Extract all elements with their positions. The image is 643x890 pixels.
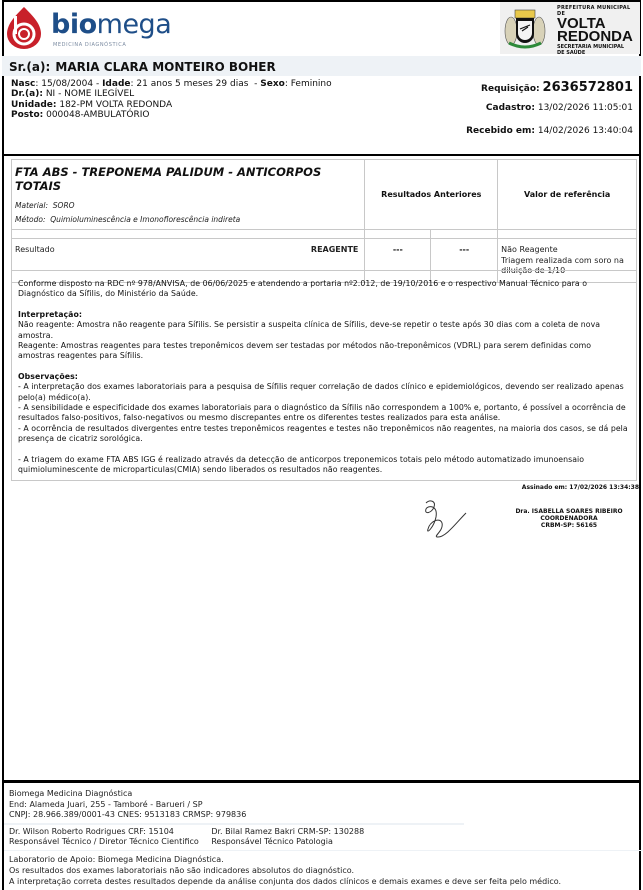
reference-line-1: Não Reagente [501,245,633,256]
request-details: Requisição: 2636572801 Cadastro: 13/02/2… [466,80,633,149]
unit-label: Unidade: [11,100,56,110]
logo-word-bio: bio [51,9,97,40]
result-label: Resultado [15,245,55,254]
prefeitura-logo: PREFEITURA MUNICIPAL DE VOLTA REDONDA SE… [500,2,640,54]
exam-notes: Conforme disposto na RDC nº 978/ANVISA, … [11,270,637,481]
previous-results-header: Resultados Anteriores [365,160,498,230]
responsible-1-role: Responsável Técnico / Diretor Técnico Ci… [9,837,199,847]
reference-header: Valor de referência [498,160,637,230]
exam-header-cell: FTA ABS - TREPONEMA PALIDUM - ANTICORPOS… [12,160,365,230]
request-number-row: Requisição: 2636572801 [466,80,633,103]
footer-divider [4,850,643,851]
company-info: Biomega Medicina Diagnóstica End: Alamed… [9,789,246,821]
observation-2: - A sensibilidade e especificidade dos e… [18,403,630,424]
received-date: 14/02/2026 13:40:04 [538,126,633,136]
age-value: 21 anos 5 meses 29 dias [136,79,248,89]
company-name: Biomega Medicina Diagnóstica [9,789,246,800]
registered-date: 13/02/2026 11:05:01 [538,103,633,113]
exam-method: Método: Quimioluminescência e Imonoflore… [12,215,364,229]
disclaimer-3: A interpretação correta destes resultado… [9,876,561,887]
responsible-2-role: Responsável Técnico Patologia [211,837,364,847]
responsible-1-name: Dr. Wilson Roberto Rodrigues CRF: 15104 [9,827,199,837]
patient-name-label: Sr.(a): [9,60,50,74]
patient-details: Nasc: 15/08/2004 - Idade: 21 anos 5 mese… [11,79,332,120]
received-row: Recebido em: 14/02/2026 13:40:04 [466,126,633,149]
logo-wordmark: biomega [51,10,171,40]
material-label: Material: [15,201,48,210]
sex-value: Feminino [291,79,332,89]
responsible-1: Dr. Wilson Roberto Rodrigues CRF: 15104 … [9,827,199,847]
spacer-cell [12,230,365,239]
birth-date: 15/08/2004 [41,79,93,89]
registered-row: Cadastro: 13/02/2026 11:05:01 [466,103,633,126]
patient-demographics: Nasc: 15/08/2004 - Idade: 21 anos 5 mese… [11,79,332,89]
observation-4: - A triagem do exame FTA ABS IGG é reali… [18,455,630,476]
signer-role: COORDENADORA [494,515,643,522]
report-body: FTA ABS - TREPONEMA PALIDUM - ANTICORPOS… [2,154,641,783]
city-crest-icon [503,5,547,51]
prefeitura-city-2: REDONDA [557,30,640,43]
notes-intro: Conforme disposto na RDC nº 978/ANVISA, … [18,279,630,300]
sex-label: Sexo [260,79,285,89]
method-label: Método: [15,215,46,224]
doctor-value: NI - NOME ILEGÍVEL [46,89,134,99]
logo-word-mega: mega [97,9,172,40]
result-row: Resultado REAGENTE [12,239,364,254]
report-header: biomega MEDICINA DIAGNÓSTICA PREFEITURA … [0,0,643,56]
exam-section: FTA ABS - TREPONEMA PALIDUM - ANTICORPOS… [11,159,637,283]
exam-title: FTA ABS - TREPONEMA PALIDUM - ANTICORPOS… [12,160,364,193]
signature-icon [416,495,471,543]
registered-label: Cadastro: [486,103,535,113]
observation-1: - A interpretação dos exames laboratoria… [18,382,630,403]
patient-name: MARIA CLARA MONTEIRO BOHER [55,60,275,74]
age-label: Idade [102,79,130,89]
interpretation-reactive: Reagente: Amostras reagentes para testes… [18,341,630,362]
prefeitura-text: PREFEITURA MUNICIPAL DE VOLTA REDONDA SE… [557,5,640,56]
unit-row: Unidade: 182-PM VOLTA REDONDA [11,100,332,110]
material-value: SORO [53,201,75,210]
patient-info: Nasc: 15/08/2004 - Idade: 21 anos 5 mese… [2,76,641,154]
responsible-2-name: Dr. Bilal Ramez Bakri CRM-SP: 130288 [211,827,364,837]
signer-name: Dra. ISABELLA SOARES RIBEIRO [494,508,643,515]
disclaimer-2: Os resultados dos exames laboratoriais n… [9,865,561,876]
received-label: Recebido em: [466,126,535,136]
spacer-cell [498,230,637,239]
signer-block: Dra. ISABELLA SOARES RIBEIRO COORDENADOR… [494,508,643,529]
company-ids: CNPJ: 28.966.389/0001-43 CNES: 9513183 C… [9,810,246,821]
biomega-logo: biomega MEDICINA DIAGNÓSTICA [5,4,135,52]
observation-3: - A ocorrência de resultados divergentes… [18,424,630,445]
responsible-2: Dr. Bilal Ramez Bakri CRM-SP: 130288 Res… [211,827,364,847]
biomega-drop-icon [5,6,43,50]
exam-material: Material: SORO [12,201,364,215]
request-label: Requisição: [481,84,540,94]
signed-at: Assinado em: 17/02/2026 13:34:38 [522,484,639,491]
signer-registry: CRBM-SP: 56165 [494,522,643,529]
birth-label: Nasc [11,79,35,89]
observations-title: Observações: [18,372,78,381]
post-row: Posto: 000048-AMBULATÓRIO [11,110,332,120]
disclaimer-1: Laboratorio de Apoio: Biomega Medicina D… [9,854,561,865]
patient-name-bar: Sr.(a): MARIA CLARA MONTEIRO BOHER [2,56,641,76]
exam-table: FTA ABS - TREPONEMA PALIDUM - ANTICORPOS… [11,159,637,283]
report-footer: Biomega Medicina Diagnóstica End: Alamed… [2,783,641,890]
company-address: End: Alameda Juari, 255 - Tamboré - Baru… [9,800,246,811]
logo-subtitle: MEDICINA DIAGNÓSTICA [53,42,126,48]
spacer-cell [365,230,431,239]
interpretation-non-reactive: Não reagente: Amostra não reagente para … [18,320,630,341]
responsibles: Dr. Wilson Roberto Rodrigues CRF: 15104 … [9,827,364,847]
request-number: 2636572801 [543,80,633,95]
post-value: 000048-AMBULATÓRIO [46,110,149,120]
disclaimers: Laboratorio de Apoio: Biomega Medicina D… [9,854,561,887]
interpretation-title: Interpretação: [18,310,82,319]
result-value: REAGENTE [311,245,361,254]
spacer-cell [431,230,498,239]
doctor-row: Dr.(a): NI - NOME ILEGÍVEL [11,89,332,99]
unit-value: 182-PM VOLTA REDONDA [59,100,172,110]
post-label: Posto: [11,110,43,120]
footer-divider [4,823,464,825]
doctor-label: Dr.(a): [11,89,43,99]
method-value: Quimioluminescência e Imonoflorescência … [50,215,240,224]
